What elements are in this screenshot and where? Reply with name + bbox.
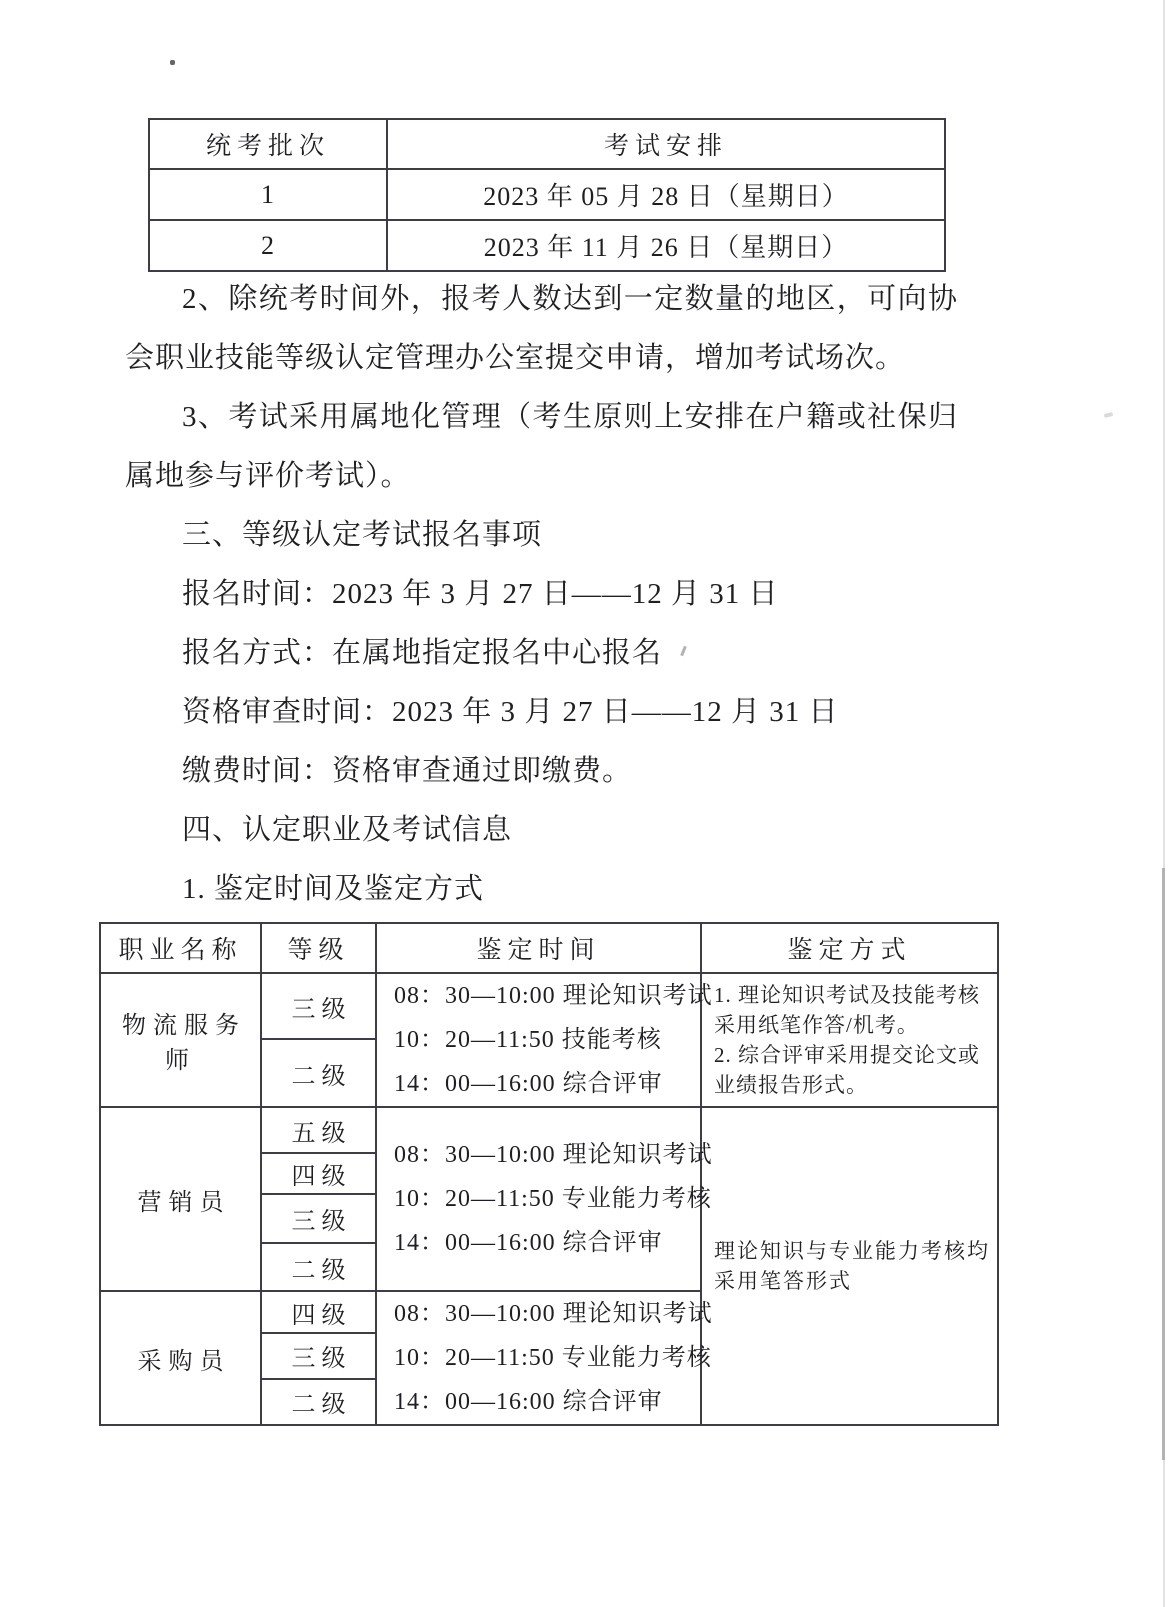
assessment-table-header-row: 职业名称 等级 鉴定时间 鉴定方式 [100, 923, 998, 973]
time-cell: 08：30—10:00 理论知识考试 10：20—11:50 专业能力考核 14… [376, 1291, 701, 1425]
batch-number-cell: 2 [149, 220, 387, 271]
occupation-cell: 营销员 [100, 1107, 261, 1291]
level-cell: 二级 [261, 1039, 376, 1107]
header-level: 等级 [261, 923, 376, 973]
method-line: 业绩报告形式。 [714, 1070, 997, 1100]
exam-date-cell: 2023 年 11 月 26 日（星期日） [387, 220, 945, 271]
section-4-heading: 四、认定职业及考试信息 [125, 801, 958, 860]
method-line: 采用纸笔作答/机考。 [714, 1010, 997, 1040]
header-occupation: 职业名称 [100, 923, 261, 973]
assessment-table: 职业名称 等级 鉴定时间 鉴定方式 物流服务师 三级 08：30—10:00 理… [99, 922, 999, 1426]
time-line: 10：20—11:50 专业能力考核 [377, 1336, 700, 1380]
batch-table-header-row: 统考批次 考试安排 [149, 119, 945, 169]
time-cell: 08：30—10:00 理论知识考试 10：20—11:50 专业能力考核 14… [376, 1107, 701, 1291]
paragraph-2-line-1: 2、除统考时间外，报考人数达到一定数量的地区，可向协 [125, 270, 958, 329]
level-cell: 五级 [261, 1107, 376, 1153]
paragraph-3-line-1: 3、考试采用属地化管理（考生原则上安排在户籍或社保归 [125, 388, 958, 447]
time-line: 14：00—16:00 综合评审 [377, 1062, 700, 1106]
signup-method-line: 报名方式：在属地指定报名中心报名 [125, 624, 958, 683]
assessment-table-container: 职业名称 等级 鉴定时间 鉴定方式 物流服务师 三级 08：30—10:00 理… [99, 922, 999, 1426]
time-line: 08：30—10:00 理论知识考试 [377, 1133, 700, 1177]
level-cell: 三级 [261, 1194, 376, 1243]
level-cell: 三级 [261, 1333, 376, 1378]
paragraph-2-line-2: 会职业技能等级认定管理办公室提交申请，增加考试场次。 [125, 329, 958, 388]
method-line: 理论知识与专业能力考核均 [714, 1236, 997, 1266]
time-line: 10：20—11:50 技能考核 [377, 1018, 700, 1062]
level-cell: 三级 [261, 973, 376, 1039]
time-cell: 08：30—10:00 理论知识考试 10：20—11:50 技能考核 14：0… [376, 973, 701, 1107]
batch-number-cell: 1 [149, 169, 387, 220]
method-line: 2. 综合评审采用提交论文或 [714, 1040, 997, 1070]
time-line: 10：20—11:50 专业能力考核 [377, 1177, 700, 1221]
exam-date-cell: 2023 年 05 月 28 日（星期日） [387, 169, 945, 220]
scanned-document-page: { "document": { "artifacts": { "top_dot"… [0, 0, 1169, 1607]
time-line: 14：00—16:00 综合评审 [377, 1221, 700, 1265]
table-row: 营销员 五级 08：30—10:00 理论知识考试 10：20—11:50 专业… [100, 1107, 998, 1153]
time-line: 14：00—16:00 综合评审 [377, 1380, 700, 1424]
scan-edge-line-dark [1162, 868, 1165, 1460]
method-line: 1. 理论知识考试及技能考核 [714, 980, 997, 1010]
table-row: 物流服务师 三级 08：30—10:00 理论知识考试 10：20—11:50 … [100, 973, 998, 1039]
batch-schedule-table: 统考批次 考试安排 1 2023 年 05 月 28 日（星期日） 2 2023… [148, 118, 946, 272]
subsection-1-heading: 1. 鉴定时间及鉴定方式 [125, 860, 958, 919]
document-body-text: 2、除统考时间外，报考人数达到一定数量的地区，可向协 会职业技能等级认定管理办公… [125, 270, 958, 919]
method-cell: 1. 理论知识考试及技能考核 采用纸笔作答/机考。 2. 综合评审采用提交论文或… [701, 973, 998, 1107]
method-line: 采用笔答形式 [714, 1266, 997, 1296]
level-cell: 四级 [261, 1291, 376, 1333]
section-3-heading: 三、等级认定考试报名事项 [125, 506, 958, 565]
header-method: 鉴定方式 [701, 923, 998, 973]
header-time: 鉴定时间 [376, 923, 701, 973]
occupation-cell: 物流服务师 [100, 973, 261, 1107]
time-line: 08：30—10:00 理论知识考试 [377, 974, 700, 1018]
level-cell: 二级 [261, 1379, 376, 1425]
payment-time-line: 缴费时间：资格审查通过即缴费。 [125, 742, 958, 801]
table-row: 1 2023 年 05 月 28 日（星期日） [149, 169, 945, 220]
level-cell: 四级 [261, 1153, 376, 1194]
table-row: 2 2023 年 11 月 26 日（星期日） [149, 220, 945, 271]
merged-method-cell: 理论知识与专业能力考核均 采用笔答形式 [701, 1107, 998, 1425]
time-line: 08：30—10:00 理论知识考试 [377, 1292, 700, 1336]
level-cell: 二级 [261, 1243, 376, 1291]
batch-table-header-schedule: 考试安排 [387, 119, 945, 169]
batch-schedule-table-container: 统考批次 考试安排 1 2023 年 05 月 28 日（星期日） 2 2023… [148, 118, 946, 272]
batch-table-header-batch: 统考批次 [149, 119, 387, 169]
scan-speck-artifact [1104, 412, 1114, 418]
scan-dot-artifact [170, 60, 175, 65]
signup-time-line: 报名时间：2023 年 3 月 27 日——12 月 31 日 [125, 565, 958, 624]
occupation-cell: 采购员 [100, 1291, 261, 1425]
review-time-line: 资格审查时间：2023 年 3 月 27 日——12 月 31 日 [125, 683, 958, 742]
paragraph-3-line-2: 属地参与评价考试）。 [125, 447, 958, 506]
